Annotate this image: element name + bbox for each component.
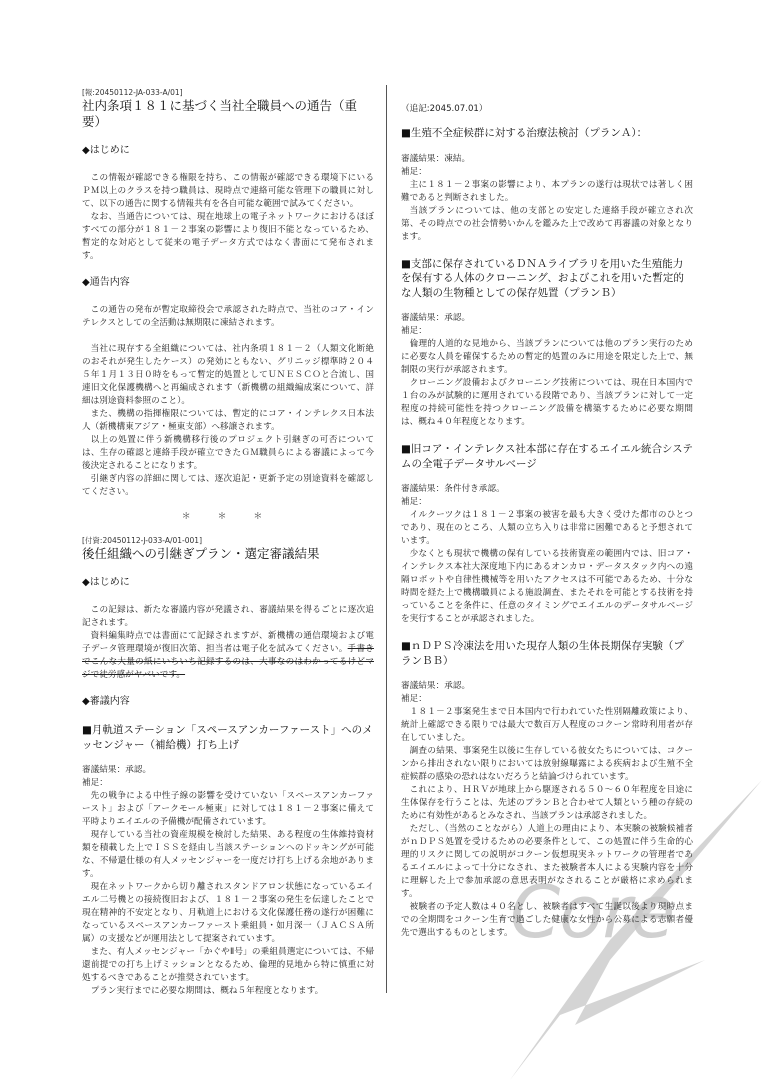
plan-paragraph: 現在ネットワークから切り離されスタンドアロン状態になっているエイエル二号機との接…: [82, 881, 374, 946]
plan-paragraph: 少なくとも現状で機構の保有している技術資産の範囲内では、旧コア・インテレクス本社…: [401, 548, 693, 626]
plan-paragraph: クローニング設備およびクローニング技術については、現在日本国内で１台のみが試験的…: [401, 377, 693, 429]
addendum-date: （追記:2045.07.01）: [401, 103, 693, 116]
plan-paragraph: 倫理的人道的な見地から、当該プランについては他のプラン実行のために必要な人員を確…: [401, 338, 693, 377]
plan-result: 審議結果：承認。: [401, 312, 693, 325]
column-divider: [386, 85, 387, 993]
plan-result: 審議結果：承認。: [401, 680, 693, 693]
plan-bb: ■ｎＤＰＳ冷凍法を用いた現存人類の生体長期保存実験（プランＢＢ） 審議結果：承認…: [401, 639, 693, 940]
left-column: [報:20450112-JA-033-A/01] 社内条項１８１に基づく当社全職…: [82, 88, 374, 998]
plan-paragraph: 当該プランについては、他の支部との安定した連絡手段が確立され次第、その時点での社…: [401, 205, 693, 244]
right-column: （追記:2045.07.01） ■生殖不全症候群に対する治療法検討（プランＡ）：…: [401, 103, 693, 940]
appendix-section: [付資:20450112-J-033-A/01-001] 後任組織への引継ぎプラ…: [82, 536, 374, 998]
notice-section: [報:20450112-JA-033-A/01] 社内条項１８１に基づく当社全職…: [82, 88, 374, 499]
appendix-intro-text: 資料編集時点では書面にて記録されますが、新機構の通信環境および電子データ管理環境…: [82, 631, 374, 654]
plan-note-label: 補足：: [401, 693, 693, 706]
plan-paragraph: ただし、（当然のことながら）人道上の理由により、本実験の被験候補者がｎＤＰＳ処置…: [401, 823, 693, 901]
plan-b: ■支部に保存されているＤＮＡライブラリを用いた生殖能力を保有する人体のクローニン…: [401, 257, 693, 430]
plan-a: ■生殖不全症候群に対する治療法検討（プランＡ）： 審議結果：凍結。 補足： 主に…: [401, 126, 693, 244]
plan-paragraph: イルクーツクは１８１－２事案の被害を最も大きく受けた都市のひとつであり、現在のと…: [401, 509, 693, 548]
plan-result: 審議結果：承認。: [82, 764, 374, 777]
plan-heading: ■月軌道ステーション「スペースアンカーファースト」へのメッセンジャー（補給機）打…: [82, 723, 374, 752]
plan-paragraph: プラン実行までに必要な期間は、概ね５年程度となります。: [82, 985, 374, 998]
notice-content-paragraph: 引継ぎ内容の詳細に関しては、逐次追記・更新予定の別途資料を確認してください。: [82, 473, 374, 499]
plan-paragraph: 現存している当社の資産規模を検討した結果、ある程度の生体維持資材類を積載した上で…: [82, 829, 374, 881]
notice-title: 社内条項１８１に基づく当社全職員への通告（重要）: [82, 98, 374, 130]
plan-paragraph: 先の戦争による中性子線の影響を受けていない「スペースアンカーファースト」および「…: [82, 790, 374, 829]
plan-heading: ■支部に保存されているＤＮＡライブラリを用いた生殖能力を保有する人体のクローニン…: [401, 257, 693, 301]
section-separator: ＊ ＊ ＊: [82, 509, 374, 522]
notice-content-paragraph: また、機構の指揮権限については、暫定的にコア・インテレクス日本法人（新機構東アジ…: [82, 408, 374, 434]
plan-paragraph: １８１－２事案発生まで日本国内で行われていた性別隔離政策により、統計上確認できる…: [401, 706, 693, 745]
plan-heading: ■生殖不全症候群に対する治療法検討（プランＡ）：: [401, 126, 693, 141]
notice-doc-id: [報:20450112-JA-033-A/01]: [82, 88, 374, 98]
appendix-title: 後任組織への引継ぎプラン・選定審議結果: [82, 546, 374, 562]
appendix-review-heading: ◆審議内容: [82, 695, 374, 709]
plan-result: 審議結果：条件付き承認。: [401, 483, 693, 496]
notice-intro-paragraph: なお、当通告については、現在地球上の電子ネットワークにおけるほぼすべての部分が１…: [82, 211, 374, 263]
plan-paragraph: 被験者の予定人数は４０名とし、被験者はすべて生誕以後より現時点までの全期間をコク…: [401, 901, 693, 940]
appendix-intro-paragraph: この記録は、新たな審議内容が発議され、審議結果を得るごとに逐次追記されます。: [82, 604, 374, 630]
plan-note-label: 補足：: [401, 166, 693, 179]
plan-note-label: 補足：: [82, 777, 374, 790]
plan-heading: ■旧コア・インテレクス社本部に存在するエイエル統合システムの全電子データサルベー…: [401, 442, 693, 471]
plan-note-label: 補足：: [401, 496, 693, 509]
appendix-doc-id: [付資:20450112-J-033-A/01-001]: [82, 536, 374, 546]
notice-content-heading: ◆通告内容: [82, 276, 374, 290]
notice-content-paragraph: 当社に現存する全組織については、社内条項１８１－２（人類文化断絶のおそれが発生し…: [82, 343, 374, 408]
plan-paragraph: 主に１８１－２事案の影響により、本プランの遂行は現状では著しく困難であると判断さ…: [401, 179, 693, 205]
plan-result: 審議結果：凍結。: [401, 153, 693, 166]
plan-note-label: 補足：: [401, 325, 693, 338]
plan-paragraph: また、有人メッセンジャー「かぐやⅡ号」の乗組員選定については、不帰還前提での打ち…: [82, 946, 374, 985]
plan-paragraph: これにより、ＨＲＶが地球上から駆逐される５０～６０年程度を目途に生体保存を行うこ…: [401, 784, 693, 823]
notice-content-paragraph: 以上の処置に伴う新機構移行後のプロジェクト引継ぎの可否については、生存の確認と連…: [82, 434, 374, 473]
notice-intro-paragraph: この情報が確認できる権限を持ち、この情報が確認できる環境下にいるＰＭ以上のクラス…: [82, 172, 374, 211]
plan-salvage: ■旧コア・インテレクス社本部に存在するエイエル統合システムの全電子データサルベー…: [401, 442, 693, 626]
plan-paragraph: 調査の結果、事案発生以後に生存している彼女たちについては、コクーンから排出されな…: [401, 745, 693, 784]
appendix-intro-heading: ◆はじめに: [82, 576, 374, 590]
appendix-intro-paragraph: 資料編集時点では書面にて記録されますが、新機構の通信環境および電子データ管理環境…: [82, 630, 374, 682]
notice-content-paragraph: この通告の発布が暫定取締役会で承認された時点で、当社のコア・インテレクスとしての…: [82, 304, 374, 330]
notice-intro-heading: ◆はじめに: [82, 144, 374, 158]
plan-heading: ■ｎＤＰＳ冷凍法を用いた現存人類の生体長期保存実験（プランＢＢ）: [401, 639, 693, 668]
